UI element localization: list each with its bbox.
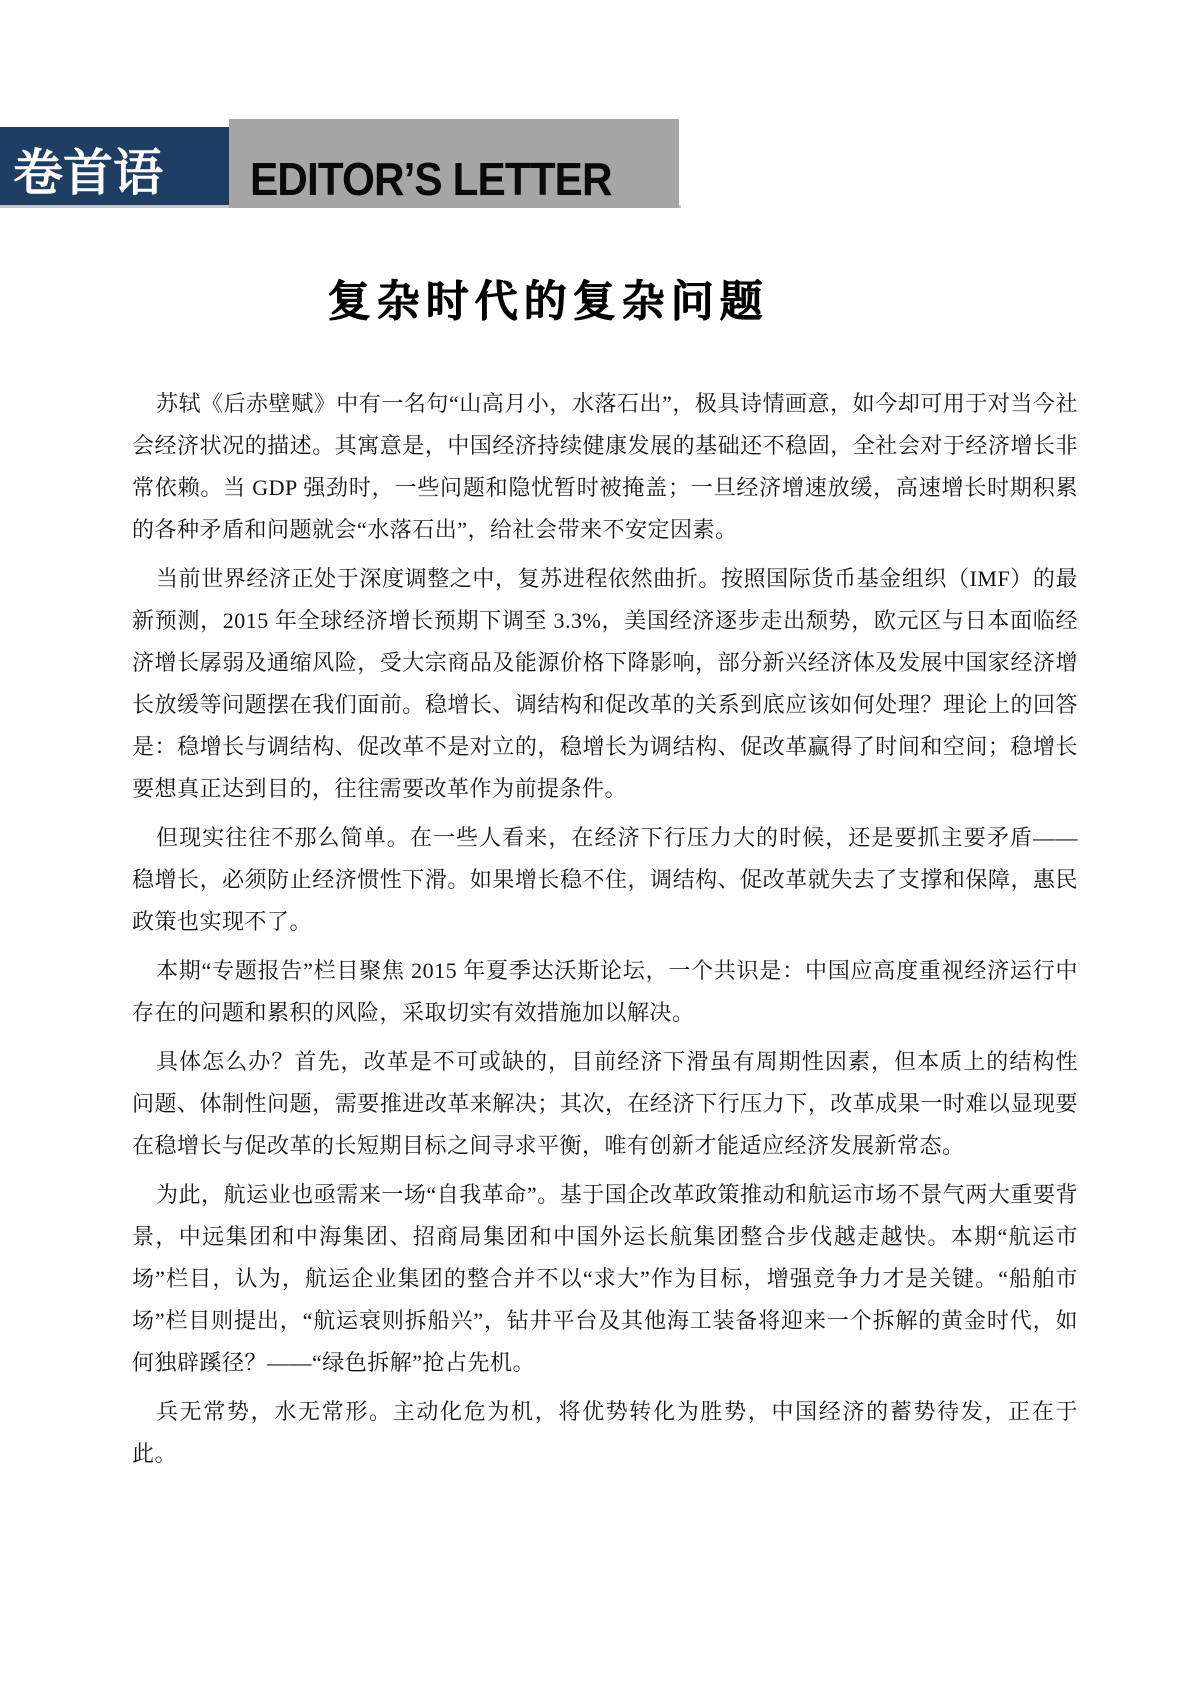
- article-paragraph: 具体怎么办？首先，改革是不可或缺的，目前经济下滑虽有周期性因素，但本质上的结构性…: [132, 1041, 1078, 1167]
- article-body: 苏轼《后赤壁赋》中有一名句“山高月小，水落石出”，极具诗情画意，如今却可用于对当…: [132, 383, 1078, 1482]
- article-paragraph: 苏轼《后赤壁赋》中有一名句“山高月小，水落石出”，极具诗情画意，如今却可用于对当…: [132, 383, 1078, 551]
- editors-letter-page: EDITOR’S LETTER 卷首语 复杂时代的复杂问题 苏轼《后赤壁赋》中有…: [0, 0, 1200, 1706]
- article-paragraph: 当前世界经济正处于深度调整之中，复苏进程依然曲折。按照国际货币基金组织（IMF）…: [132, 558, 1078, 810]
- article-paragraph: 兵无常势，水无常形。主动化危为机，将优势转化为胜势，中国经济的蓄势待发，正在于此…: [132, 1391, 1078, 1475]
- article-paragraph: 本期“专题报告”栏目聚焦 2015 年夏季达沃斯论坛，一个共识是：中国应高度重视…: [132, 950, 1078, 1034]
- article-paragraph: 为此，航运业也亟需来一场“自我革命”。基于国企改革政策推动和航运市场不景气两大重…: [132, 1174, 1078, 1384]
- chinese-title-box: 卷首语: [0, 127, 229, 205]
- chinese-section-title: 卷首语: [13, 148, 163, 198]
- english-title-bar: EDITOR’S LETTER: [229, 119, 679, 208]
- article-paragraph: 但现实往往不那么简单。在一些人看来，在经济下行压力大的时候，还是要抓主要矛盾——…: [132, 817, 1078, 943]
- article-title: 复杂时代的复杂问题: [0, 276, 1096, 328]
- english-section-title: EDITOR’S LETTER: [250, 156, 612, 202]
